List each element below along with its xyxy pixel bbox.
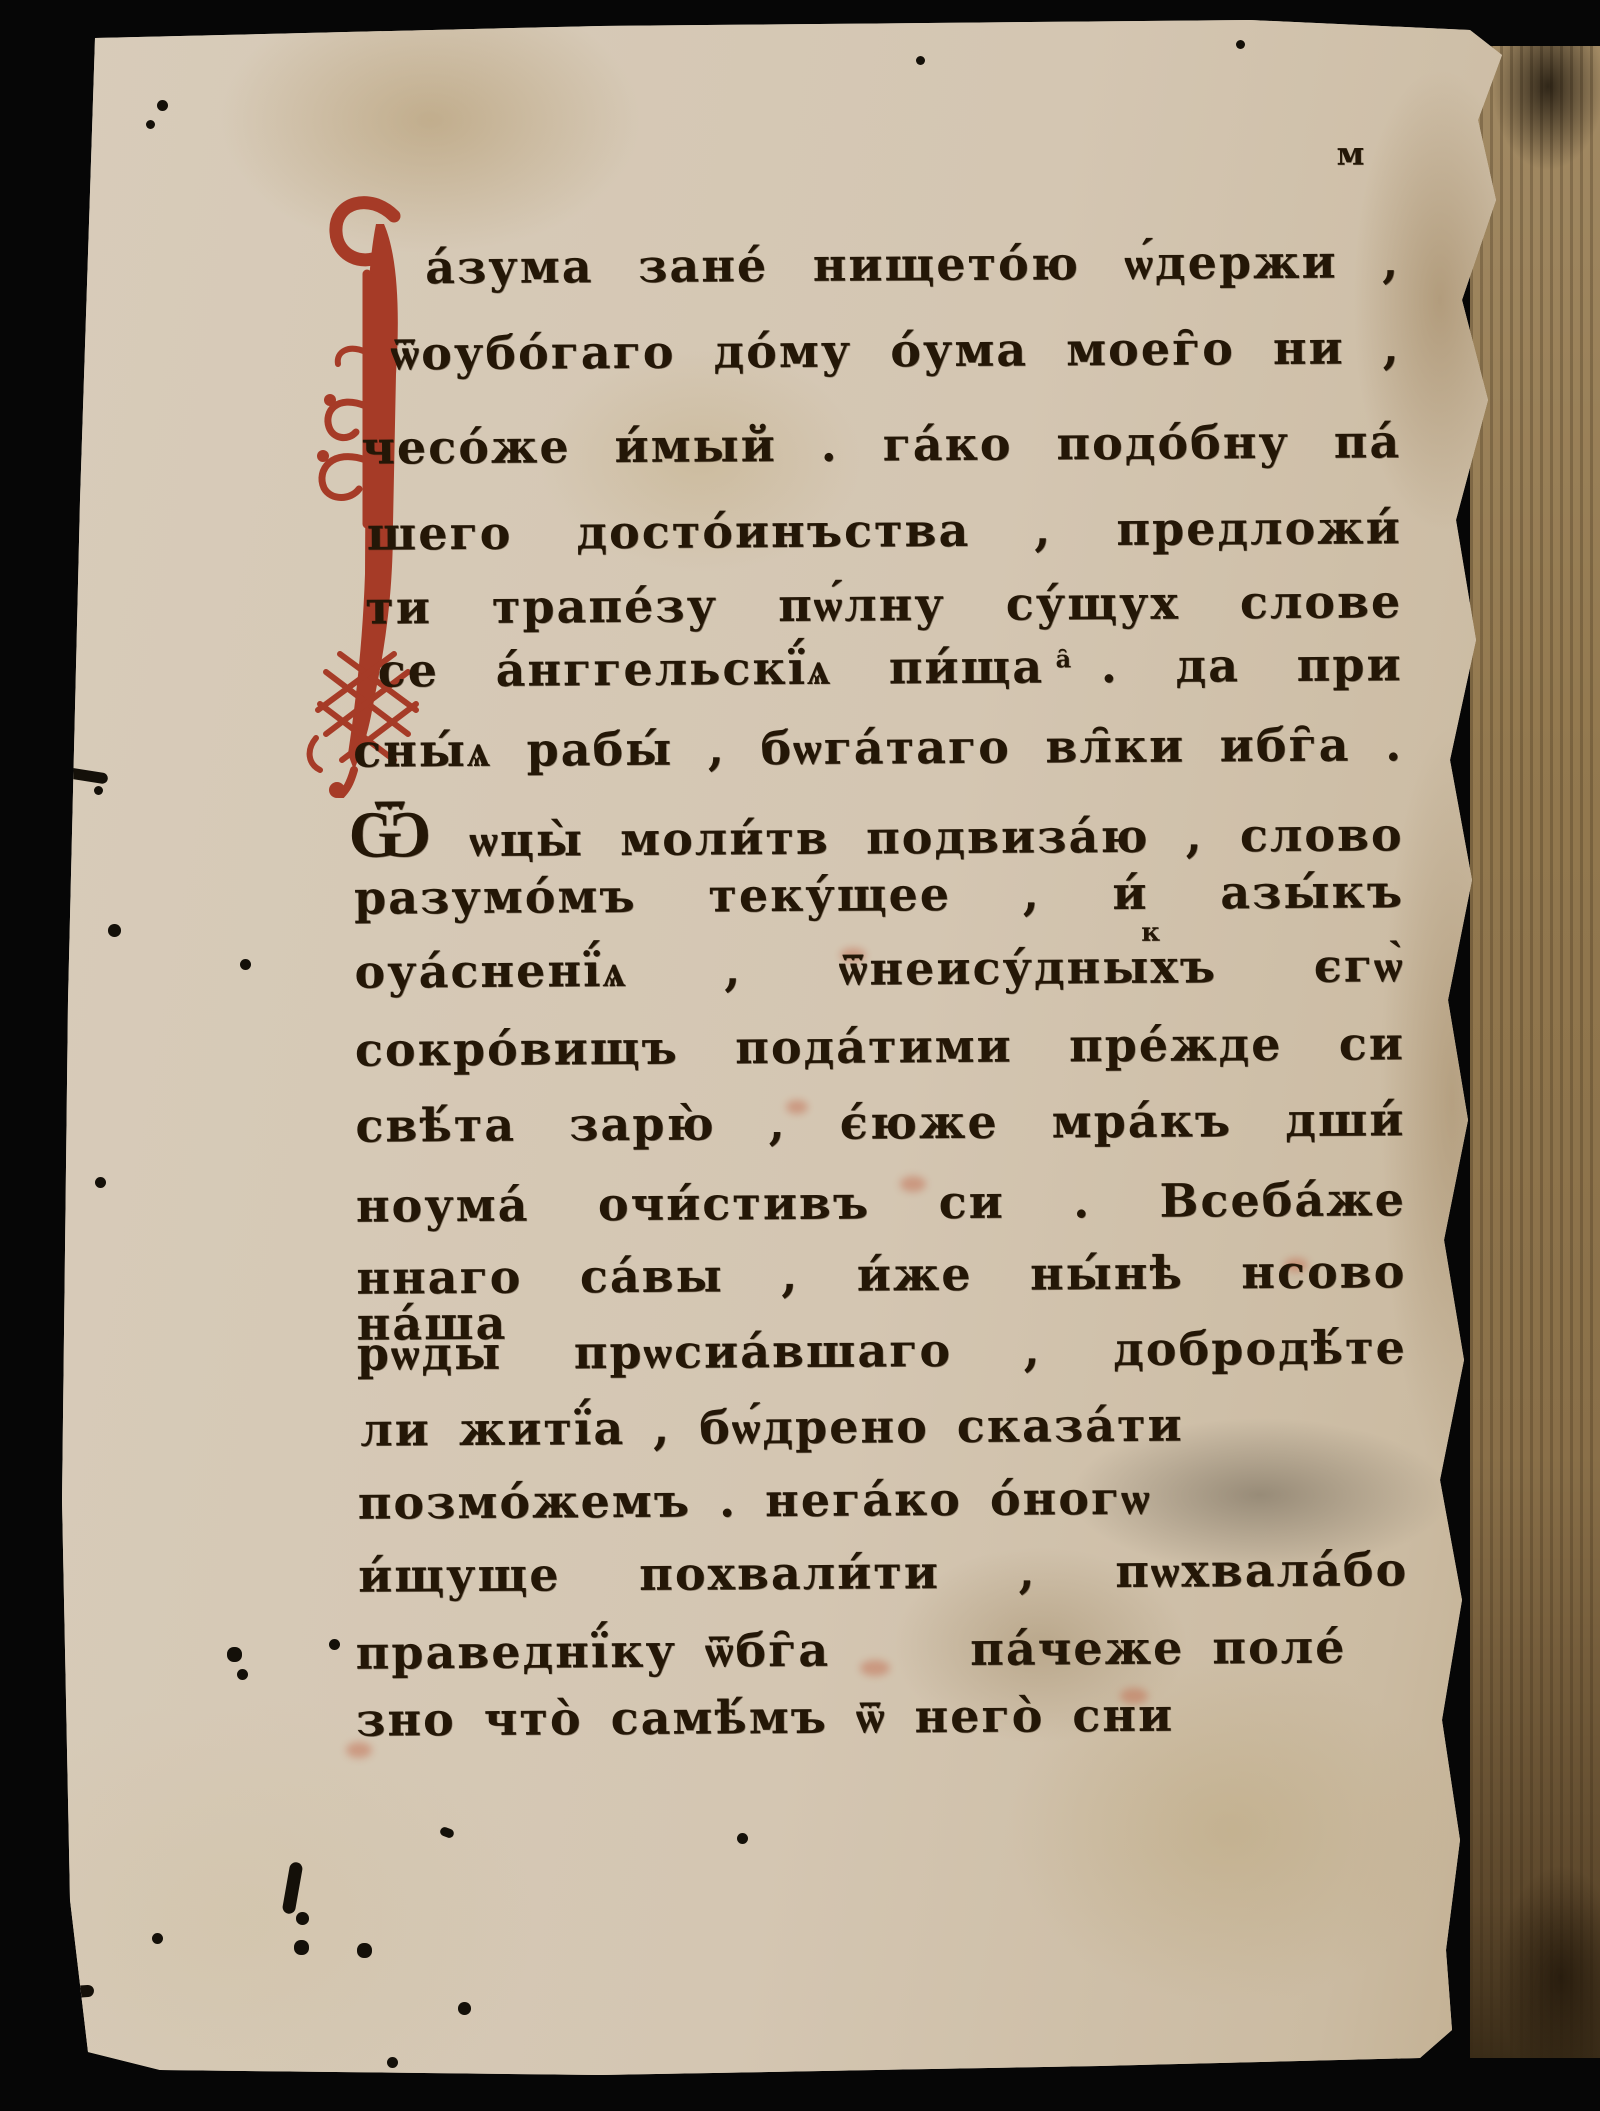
superscript-letter: м	[1336, 135, 1364, 173]
text-line: чесо́же и́мый . га́ко подо́бну па́	[361, 418, 1401, 470]
superscript-letter: к	[1141, 918, 1160, 948]
text-line: зно что̀ самѣ́мъ ѿ него̀ сни	[356, 1692, 1174, 1743]
text-line: ли житї́а , бѡ́дрено сказа́ти	[360, 1402, 1184, 1453]
text-line: ти трапе́зу пѡ́лну су́щух слове	[365, 578, 1402, 630]
text-line: позмо́жемъ . нега́ко о́ногѡ	[358, 1475, 1152, 1526]
ink-speck-field	[0, 0, 5, 5]
manuscript-photo: { "canvas": { "background_color": "#0606…	[0, 0, 1600, 2111]
text-line: оуа́сненї́ѧ , ѿнеису́дныхъ єгѡ̀	[354, 942, 1404, 994]
manuscript-page: Р а́зума	[0, 0, 1600, 2111]
text-line: рѡ́ды прѡсиа́вшаго , добродѣ́те	[357, 1324, 1407, 1376]
text-line: сокро́вищъ пода́тими пре́жде си	[355, 1020, 1405, 1072]
text-line: се а́нггельскї́ѧ пи́ща . да при	[378, 641, 1403, 693]
text-line: а́зума зане́ нището́ю ѡ́держи ,	[425, 238, 1400, 290]
manuscript-text: а́зума зане́ нището́ю ѡ́держи , ѿоубо́га…	[0, 0, 1600, 2111]
text-line: праведнї́ку ѿбг̑а па́чеже поле́	[355, 1624, 1346, 1676]
text-line: и́щуще похвали́ти , пѡхвала́бо	[358, 1546, 1408, 1598]
book-binding-edge	[1470, 46, 1600, 2058]
text-line: свѣ́та зарю̀ , є́юже мра́къ дши́	[355, 1096, 1405, 1148]
text-line: сны́ѧ рабы́ , бѡга́таго вл̑ки ибг̑а .	[353, 721, 1403, 773]
text-line: шего досто́инъства , предложи́	[367, 504, 1402, 556]
superscript-letter: а̑	[1055, 644, 1071, 673]
text-line: Ѿ ѡцы̀ моли́тв подвиза́ю , слово	[348, 794, 1403, 866]
text-line: ноума́ очи́стивъ си . Всеба́же	[356, 1176, 1406, 1228]
text-line: ѿоубо́гаго до́му о́ума моег̑о ни ,	[391, 324, 1401, 376]
text-line: разумо́мъ теку́щее , и́ азы́къ	[354, 868, 1404, 920]
